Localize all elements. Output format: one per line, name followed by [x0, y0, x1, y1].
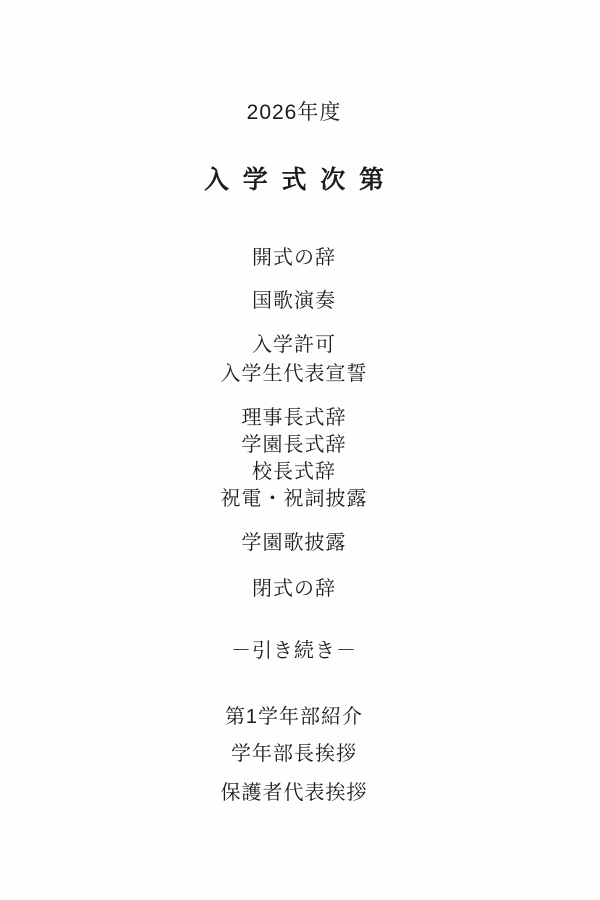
followup-item-grade-introduction: 第1学年部紹介	[0, 702, 594, 732]
program-item-congratulatory-messages: 祝電・祝詞披露	[0, 484, 594, 514]
ceremony-program-page: 2026年度 入学式次第 開式の辞 国歌演奏 入学許可 入学生代表宣誓 理事長式…	[0, 0, 600, 900]
school-year: 2026年度	[0, 98, 594, 128]
program-item-admission: 入学許可	[0, 330, 594, 360]
program-item-anthem: 国歌演奏	[0, 286, 594, 316]
program-item-opening: 開式の辞	[0, 243, 594, 273]
program-item-chairman-address: 理事長式辞	[0, 403, 594, 433]
program-item-school-song: 学園歌披露	[0, 528, 594, 558]
followup-item-parent-rep-greeting: 保護者代表挨拶	[0, 778, 594, 808]
program-item-closing: 閉式の辞	[0, 574, 594, 604]
followup-item-grade-head-greeting: 学年部長挨拶	[0, 739, 594, 769]
program-item-student-oath: 入学生代表宣誓	[0, 359, 594, 389]
program-content: 2026年度 入学式次第 開式の辞 国歌演奏 入学許可 入学生代表宣誓 理事長式…	[0, 0, 594, 900]
section-separator: －引き続き－	[0, 636, 594, 666]
program-item-principal-address: 校長式辞	[0, 457, 594, 487]
page-title: 入学式次第	[0, 163, 594, 197]
program-item-director-address: 学園長式辞	[0, 430, 594, 460]
